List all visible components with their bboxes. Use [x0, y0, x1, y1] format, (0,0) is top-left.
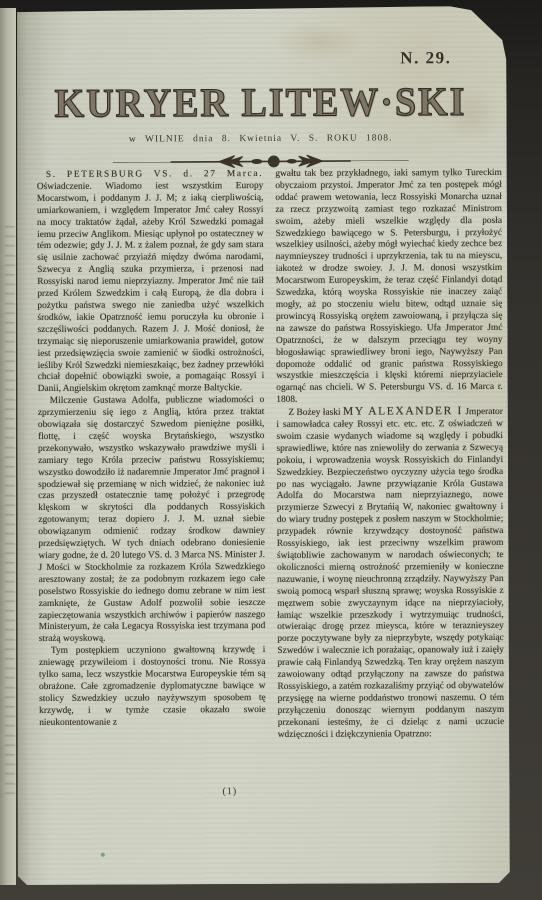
- page-number: (1): [222, 786, 237, 797]
- paragraph: Tym postępkiem uczyniono gwałtowną krzyw…: [39, 645, 266, 729]
- paragraph: S. PETERSBURG VS. d. 27 Marca. Oświadcze…: [37, 169, 264, 396]
- paragraph-text: Jmperator i samowładca całey Rossyi etc.…: [276, 407, 504, 739]
- paragraph-text: Z Bożey łaski: [288, 408, 340, 418]
- ink-speck: [101, 853, 105, 857]
- right-column: gwałtu tak bez przykładnego, iaki samym …: [275, 168, 504, 741]
- paragraph-text: Oświadczenie. Wiadomo iest wszystkim Eur…: [37, 181, 264, 394]
- adjacent-page-edge: [0, 8, 16, 885]
- dateline: w WILNIE dnia 8. Kwietnia V. S. ROKU 180…: [14, 133, 508, 145]
- masthead-title: KURYER LITEW·SKI: [13, 79, 507, 128]
- article-dateline-lead: S. PETERSBURG VS. d. 27 Marca.: [46, 169, 264, 180]
- newspaper-page: N. 29. KURYER LITEW·SKI w WILNIE dnia 8.…: [13, 6, 511, 887]
- left-column: S. PETERSBURG VS. d. 27 Marca. Oświadcze…: [37, 169, 266, 742]
- article-body: S. PETERSBURG VS. d. 27 Marca. Oświadcze…: [37, 168, 504, 743]
- issue-number: N. 29.: [400, 48, 451, 68]
- royal-title: MY ALEXANDER I: [343, 405, 463, 418]
- paragraph: Milczenie Gustawa Adolfa, publiczne wiad…: [38, 395, 266, 646]
- paragraph: gwałtu tak bez przykładnego, iaki samym …: [275, 168, 503, 407]
- newspaper-scan-background: N. 29. KURYER LITEW·SKI w WILNIE dnia 8.…: [0, 0, 542, 900]
- paper-stain: [275, 21, 365, 63]
- paragraph: Z Bożey łaski MY ALEXANDER I Jmperator i…: [276, 406, 504, 741]
